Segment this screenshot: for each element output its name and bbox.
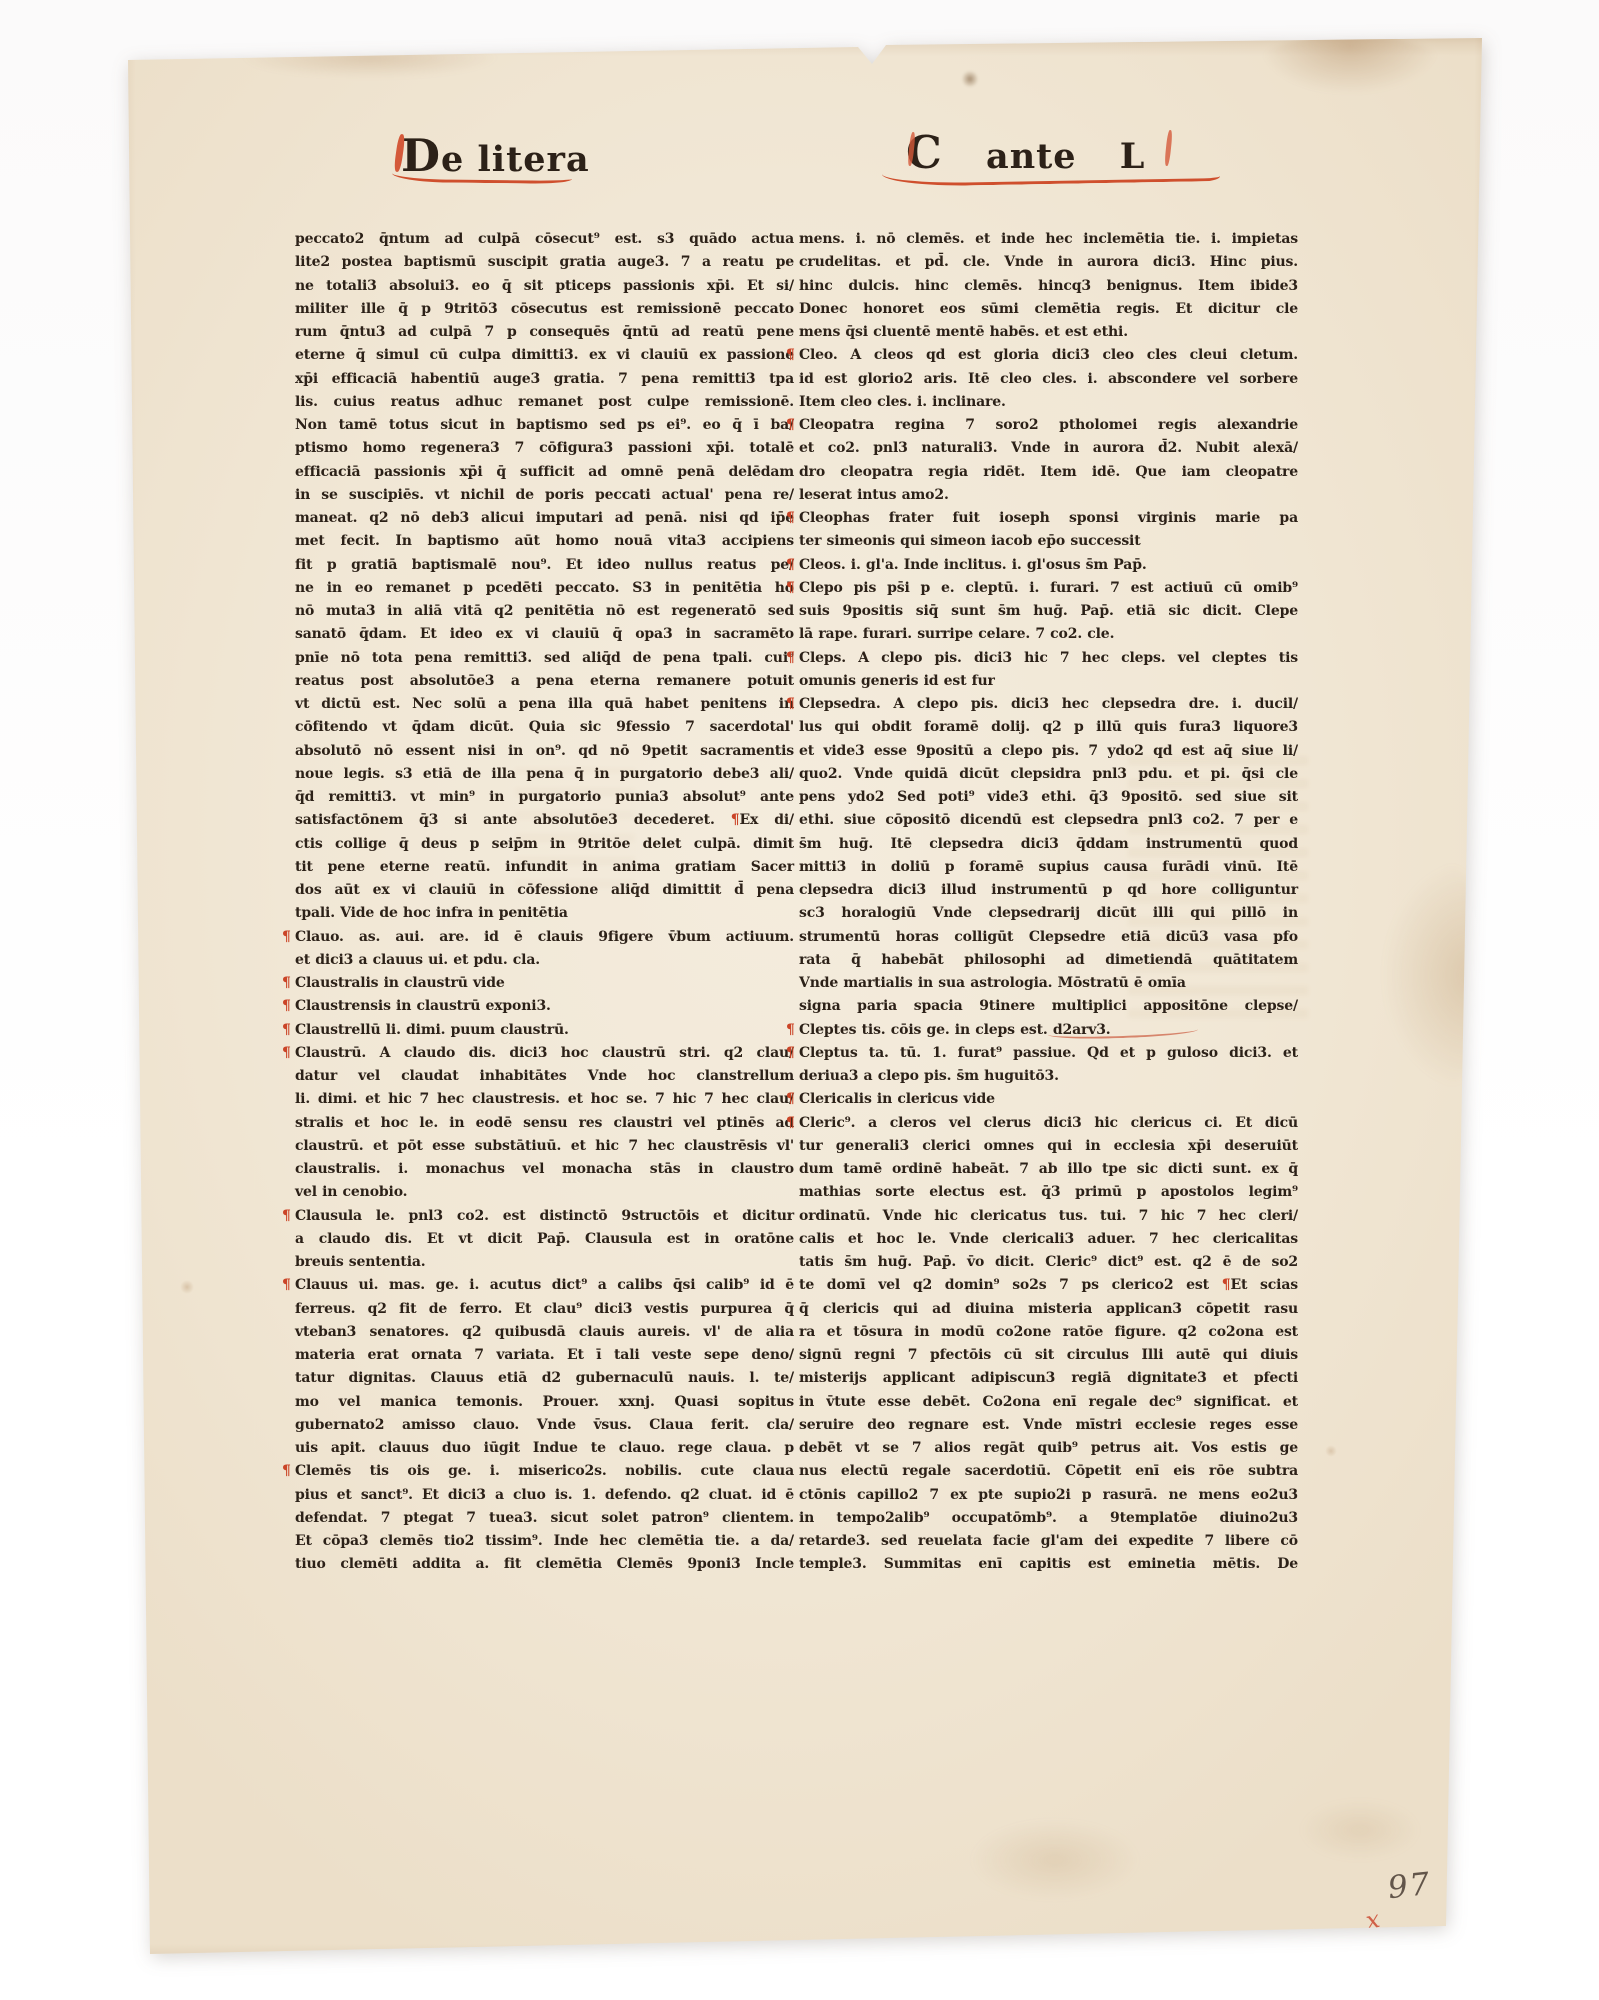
text-line: calis et hoc le. Vnde clericali3 aduer. … [799,1228,1298,1251]
ink-spot [962,70,978,88]
text-line: satisfactōnem q̄3 si ante absolutōe3 dec… [295,809,794,832]
rubric-paraph-mark: ¶ [786,344,796,367]
text-line: peccato2 q̄ntum ad culpā cōsecut⁹ est. s… [295,228,794,251]
text-line: ethi. siue cōpositō dicendū est clepsedr… [799,809,1298,832]
text-line: misterijs applicant adipiscun3 regiā dig… [799,1367,1298,1390]
text-line: efficaciā passionis xp̄i q̄ sufficit ad … [295,461,794,484]
text-line: vteban3 senatores. q2 quibusdā clauis au… [295,1321,794,1344]
text-line: li. dimi. et hic 7 hec claustresis. et h… [295,1088,794,1111]
text-line: defendat. 7 ptegat 7 tuea3. sicut solet … [295,1507,794,1530]
stain [1260,34,1440,94]
stain [240,38,500,78]
text-line: breuis sententia. [295,1251,794,1274]
text-line: materia erat ornata 7 variata. Et ī tali… [295,1344,794,1367]
rubric-paraph-mark: ¶ [786,1019,796,1042]
text-line: lis. cuius reatus adhuc remanet post cul… [295,391,794,414]
text-line: rata q̄ habebāt philosophi ad dimetiendā… [799,949,1298,972]
water-stain [1382,860,1492,1090]
text-line: q̄d remitti3. vt min⁹ in purgatorio puni… [295,786,794,809]
text-line: ¶Cleptus ta. tū. 1. furat⁹ passiue. Qd e… [799,1042,1298,1065]
text-line: signa paria spacia 9tinere multiplici ap… [799,995,1298,1018]
text-line: pius et sanct⁹. Et dici3 a cluo is. 1. d… [295,1484,794,1507]
rubric-paraph-mark: ¶ [786,577,796,600]
text-line: mathias sorte electus est. q̄3 primū p a… [799,1181,1298,1204]
rubric-paraph-mark: ¶ [786,507,796,530]
text-line: ¶Clauo. as. aui. are. id ē clauis 9figer… [295,926,794,949]
text-line: retarde3. sed reuelata facie gl'am dei e… [799,1530,1298,1553]
text-line: Non tamē totus sicut in baptismo sed ps … [295,414,794,437]
text-line: strumentū horas colligūt Clepsedre etiā … [799,926,1298,949]
text-line: lus qui obdit foramē dolij. q2 p illū qu… [799,716,1298,739]
text-line: ¶Cleo. A cleos qd est gloria dici3 cleo … [799,344,1298,367]
text-line: tiuo clemēti addita a. fit clemētia Clem… [295,1553,794,1576]
text-line: et vide3 esse 9positū a clepo pis. 7 ydo… [799,740,1298,763]
text-line: debēt vt se 7 alios regāt quib⁹ petrus a… [799,1437,1298,1460]
text-line: eterne q̄ simul cū culpa dimitti3. ex vi… [295,344,794,367]
paper-surface: De litera C ante L peccato2 q̄ntum ad cu… [120,30,1492,1962]
foxing-spot [1325,1445,1337,1457]
text-line: ¶Clausula le. pnl3 co2. est distinctō 9s… [295,1205,794,1228]
text-line: lite2 postea baptismū suscipit gratia au… [295,251,794,274]
text-line: tatur dignitas. Clauus etiā d2 gubernacu… [295,1367,794,1390]
text-line: met fecit. In baptismo aūt homo nouā vit… [295,530,794,553]
text-line: omunis generis id est fur [799,670,1298,693]
text-line: ra et tōsura in modū co2one ratōe figure… [799,1321,1298,1344]
text-line: te domī vel q2 domin⁹ so2s 7 ps clerico2… [799,1274,1298,1297]
text-line: clepsedra dici3 illud instrumentū p qd h… [799,879,1298,902]
rubric-paraph-mark: ¶ [786,1042,796,1065]
text-line: suis 9positis siq̄ sunt s̄m huḡ. Pap̄. e… [799,600,1298,623]
text-line: ptismo homo regenera3 7 cōfigura3 passio… [295,437,794,460]
text-line: dos aūt ex vi clauiū in cōfessione aliq̄… [295,879,794,902]
rubric-paraph-mark: ¶ [282,1042,292,1065]
text-column-right: mens. i. nō clemēs. et inde hec inclemēt… [799,228,1298,1577]
stain [970,1820,1140,1900]
text-line: datur vel claudat inhabitātes Vnde hoc c… [295,1065,794,1088]
rubric-paraph-mark: ¶ [282,926,292,949]
text-line: ¶Cleric⁹. a cleros vel clerus dici3 hic … [799,1112,1298,1135]
text-line: ¶Clepsedra. A clepo pis. dici3 hec cleps… [799,693,1298,716]
text-line: militer ille q̄ p 9tritō3 cōsecutus est … [295,298,794,321]
text-line: pens ydo2 Sed poti⁹ vide3 ethi. q̄3 9pos… [799,786,1298,809]
text-line: ferreus. q2 fit de ferro. Et clau⁹ dici3… [295,1298,794,1321]
text-line: xp̄i efficaciā habentiū auge3 gratia. 7 … [295,368,794,391]
text-line: et dici3 a clauus ui. et pdu. cla. [295,949,794,972]
text-line: claustrū. et pōt esse substātiuū. et hic… [295,1135,794,1158]
text-line: Vnde martialis in sua astrologia. Mōstra… [799,972,1298,995]
rubric-paraph-mark: ¶ [282,1205,292,1228]
text-line: ¶Clepo pis ps̄i p e. cleptū. i. furari. … [799,577,1298,600]
text-line: a claudo dis. Et vt dicit Pap̄. Clausula… [295,1228,794,1251]
text-line: ¶Cleps. A clepo pis. dici3 hic 7 hec cle… [799,647,1298,670]
text-line: lā rape. furari. surripe celare. 7 co2. … [799,623,1298,646]
text-line: rum q̄ntu3 ad culpā 7 p consequēs q̄ntū … [295,321,794,344]
rubric-paraph-mark: ¶ [282,972,292,995]
text-line: ¶Cleophas frater fuit ioseph sponsi virg… [799,507,1298,530]
rubric-paraph-mark: ¶ [786,1112,796,1135]
text-line: stralis et hoc le. in eodē sensu res cla… [295,1112,794,1135]
text-line: ¶Clericalis in clericus vide [799,1088,1298,1111]
text-line: fit p gratiā baptismalē nou⁹. Et ideo nu… [295,554,794,577]
text-line: ¶Claustrū. A claudo dis. dici3 hoc claus… [295,1042,794,1065]
text-line: cōfitendo vt q̄dam dicūt. Quia sic 9fess… [295,716,794,739]
text-line: mens q̄si cluentē mentē habēs. et est et… [799,321,1298,344]
text-line: ¶Claustrensis in claustrū exponi3. [295,995,794,1018]
text-line: q̄ clericis qui ad diuina misteria appli… [799,1298,1298,1321]
text-line: Donec honoret eos sūmi clemētia regis. E… [799,298,1298,321]
text-line: in v̄tute esse debēt. Co2ona enī regale … [799,1391,1298,1414]
text-line: pnīe nō tota pena remitti3. sed aliq̄d d… [295,647,794,670]
text-line: ¶Cleopatra regina 7 soro2 ptholomei regi… [799,414,1298,437]
text-line: tpali. Vide de hoc infra in penitētia [295,902,794,925]
text-line: uis apit. clauus duo iūgit Indue te clau… [295,1437,794,1460]
text-line: ctōnis capillo2 7 ex pte supio2i p rasur… [799,1484,1298,1507]
collation-mark: x [1363,1905,1382,1935]
rubric-stroke [1164,130,1173,166]
text-line: id est glorio2 aris. Itē cleo cles. i. a… [799,368,1298,391]
rubric-paraph-mark: ¶ [282,1274,292,1297]
photo-background: De litera C ante L peccato2 q̄ntum ad cu… [0,0,1599,2000]
text-line: Et cōpa3 clemēs tio2 tissim⁹. Inde hec c… [295,1530,794,1553]
stain [1300,1800,1420,1860]
text-line: maneat. q2 nō deb3 alicui imputari ad pe… [295,507,794,530]
text-line: ¶Claustrellū li. dimi. puum claustrū. [295,1019,794,1042]
text-line: Item cleo cles. i. inclinare. [799,391,1298,414]
text-line: dro cleopatra regia ridēt. Item idē. Que… [799,461,1298,484]
text-line: deriua3 a clepo pis. s̄m huguitō3. [799,1065,1298,1088]
text-line: nō muta3 in aliā vitā q2 penitētia nō es… [295,600,794,623]
text-line: tit pene eterne reatū. infundit in anima… [295,856,794,879]
rubric-paraph-mark: ¶ [786,647,796,670]
text-line: ne totali3 absolui3. eo q̄ sit pticeps p… [295,275,794,298]
text-line: tatis s̄m huḡ. Pap̄. v̄o dicit. Cleric⁹ … [799,1251,1298,1274]
rubric-paraph-mark: ¶ [282,1019,292,1042]
folio-number: 97 [1386,1866,1433,1906]
rubric-paraph-mark: ¶ [786,414,796,437]
text-line: nus electū regale sacerdotiū. Cōpetit en… [799,1460,1298,1483]
text-line: leserat intus amo2. [799,484,1298,507]
text-line: seruire deo regnare est. Vnde mīstri ecc… [799,1414,1298,1437]
text-line: crudelitas. et pd̄. cle. Vnde in aurora … [799,251,1298,274]
text-line: ter simeonis qui simeon iacob ep̄o succe… [799,530,1298,553]
text-line: s̄m huḡ. Itē clepsedra dici3 q̄ddam inst… [799,833,1298,856]
text-line: mens. i. nō clemēs. et inde hec inclemēt… [799,228,1298,251]
incunable-leaf: De litera C ante L peccato2 q̄ntum ad cu… [120,30,1492,1962]
text-line: ctis collige q̄ deus p seip̄m in 9tritōe… [295,833,794,856]
text-column-left: peccato2 q̄ntum ad culpā cōsecut⁹ est. s… [295,228,794,1577]
text-line: ¶Clemēs tis ois ge. i. miserico2s. nobil… [295,1460,794,1483]
text-line: ¶Cleos. i. gl'a. Inde inclitus. i. gl'os… [799,554,1298,577]
text-line: dum tamē ordinē habeāt. 7 ab illo tpe si… [799,1158,1298,1181]
rubric-paraph-mark: ¶ [786,1088,796,1111]
text-line: ¶Clauus ui. mas. ge. i. acutus dict⁹ a c… [295,1274,794,1297]
text-line: et co2. pnl3 naturali3. Vnde in aurora d… [799,437,1298,460]
text-line: in se suscipiēs. vt nichil de poris pecc… [295,484,794,507]
text-line: hinc dulcis. hinc clemēs. hincq3 benignu… [799,275,1298,298]
text-line: mo vel manica temonis. Prouer. xxnj. Qua… [295,1391,794,1414]
rubric-paraph-mark: ¶ [282,995,292,1018]
text-line: signū regni 7 pfectōis cū sit circulus I… [799,1344,1298,1367]
text-line: sanatō q̄dam. Et ideo ex vi clauiū q̄ op… [295,623,794,646]
text-line: sc3 horalogiū Vnde clepsedrarij dicūt il… [799,902,1298,925]
text-line: quo2. Vnde quidā dicūt clepsidra pnl3 pd… [799,763,1298,786]
text-line: ordinatū. Vnde hic clericatus tus. tui. … [799,1205,1298,1228]
text-line: ne in eo remanet p pcedēti peccato. S3 i… [295,577,794,600]
text-line: temple3. Summitas enī capitis est eminet… [799,1553,1298,1576]
text-line: vel in cenobio. [295,1181,794,1204]
text-line: vt dictū est. Nec solū a pena illa quā h… [295,693,794,716]
rubric-paraph-mark: ¶ [731,812,740,828]
text-line: absolutō nō essent nisi in on⁹. qd nō 9p… [295,740,794,763]
text-line: in tempo2alib⁹ occupatōmb⁹. a 9templatōe… [799,1507,1298,1530]
text-line: mitti3 in doliū p foramē supius causa fu… [799,856,1298,879]
rubric-paraph-mark: ¶ [786,554,796,577]
text-line: noue legis. s3 etiā de illa pena q̄ in p… [295,763,794,786]
rubric-paraph-mark: ¶ [786,693,796,716]
text-line: gubernato2 amisso clauo. Vnde v̄sus. Cla… [295,1414,794,1437]
text-line: tur generali3 clerici omnes qui in eccle… [799,1135,1298,1158]
text-line: reatus post absolutōe3 a pena eterna rem… [295,670,794,693]
text-line: claustralis. i. monachus vel monacha stā… [295,1158,794,1181]
rubric-paraph-mark: ¶ [1222,1277,1231,1293]
foxing-spot [180,1280,194,1294]
text-line: ¶Claustralis in claustrū vide [295,972,794,995]
rubric-paraph-mark: ¶ [282,1460,292,1483]
